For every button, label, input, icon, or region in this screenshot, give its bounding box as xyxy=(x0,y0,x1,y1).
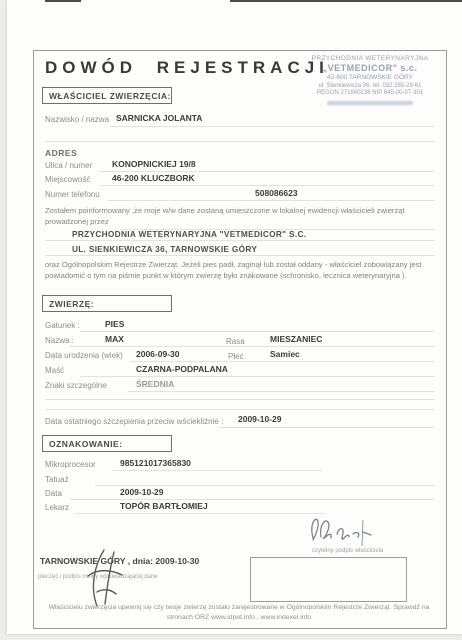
field-underline xyxy=(128,391,435,392)
street-label: Ulica / numer xyxy=(45,161,92,170)
document-title: DOWÓD REJESTRACJI xyxy=(45,58,329,78)
field-underline xyxy=(130,361,435,362)
stamp-clinic-street-phone: ul. Sienkiewicza 36, tel. 032 285-28-61 xyxy=(298,83,442,91)
field-underline xyxy=(108,200,435,201)
marking-date-value: 2009-10-29 xyxy=(120,487,163,497)
scan-artifact-line xyxy=(45,0,81,2)
footer-note-line1: Właścicielu zwierzęcia upewnij się czy t… xyxy=(38,603,440,613)
notice-clinic-address: UL. SIENKIEWICZA 36, TARNOWSKIE GÓRY xyxy=(72,244,257,254)
notice-clinic-name: PRZYCHODNIA WETERYNARYJNA "VETMEDICOR" S… xyxy=(72,229,306,239)
field-underline xyxy=(100,185,435,186)
city-label: Miejscowość xyxy=(45,175,90,184)
field-underline xyxy=(45,399,435,400)
field-underline xyxy=(75,513,325,514)
stamp-clinic-regon-nip: REGON 271800238 NIP 645-00-07-301 xyxy=(298,90,442,98)
owner-section-header: WŁAŚCICIEL ZWIERZĘCIA: xyxy=(42,87,172,104)
city-value: 46-200 KLUCZBORK xyxy=(112,173,195,183)
field-underline xyxy=(95,485,435,486)
field-underline xyxy=(45,409,435,410)
stamp-placeholder-box xyxy=(250,557,407,602)
address-header: ADRES xyxy=(45,148,77,158)
scanned-document-page: { "colors": { "stamp_ink": "#97a0b4", "d… xyxy=(0,0,462,640)
vaccination-label: Data ostatniego szczepienia przeciw wści… xyxy=(45,417,223,426)
animal-name-label: Nazwa : xyxy=(45,336,74,345)
stamp-illegible-fine-print xyxy=(327,101,413,105)
owner-handwritten-signature xyxy=(305,512,385,548)
field-underline xyxy=(45,141,435,142)
field-underline xyxy=(80,376,435,377)
tattoo-label: Tatuaż xyxy=(45,475,69,484)
street-value: KONOPNICKIEJ 19/8 xyxy=(112,159,196,169)
stamp-clinic-city: 42-600 TARNOWSKIE GÓRY xyxy=(298,74,442,82)
animal-section-header: ZWIERZĘ: xyxy=(42,295,172,312)
field-underline xyxy=(100,171,435,172)
notice-outro-text: oraz Ogólnopolskim Rejestrze Zwierząt. J… xyxy=(45,259,440,282)
phone-label: Numer telefonu xyxy=(45,190,100,199)
coat-value: CZARNA-PODPALANA xyxy=(136,364,228,374)
notice-intro-text: Zostałem poinformowany ,że moje w/w dane… xyxy=(45,205,437,228)
marks-value: ŚREDNIA xyxy=(136,379,174,389)
vet-label: Lekarz xyxy=(45,503,69,512)
footer-note: Właścicielu zwierzęcia upewnij się czy t… xyxy=(38,603,440,623)
field-underline xyxy=(80,331,435,332)
field-underline xyxy=(70,346,435,347)
clinic-stamp: PRZYCHODNIA WETERYNARYJNA „VETMEDICOR" s… xyxy=(298,55,442,105)
marks-label: Znaki szczególne xyxy=(45,381,107,390)
owner-name-value: SARNICKA JOLANTA xyxy=(116,113,202,123)
footer-note-line2: stronach ORZ www.idpet.info , www.indexe… xyxy=(38,613,440,623)
sex-value: Samiec xyxy=(270,349,300,359)
breed-label: Rasa xyxy=(226,337,245,346)
microchip-label: Mikroprocesor xyxy=(45,460,96,469)
clerk-handwritten-signature xyxy=(82,548,132,610)
coat-label: Maść xyxy=(45,366,64,375)
scan-artifact-line xyxy=(230,0,462,2)
owner-name-label: Nazwisko / nazwa xyxy=(45,115,109,124)
marking-section-header: OZNAKOWANIE: xyxy=(42,435,172,452)
vet-value: TOPÓR BARTŁOMIEJ xyxy=(120,501,208,511)
field-underline xyxy=(112,470,322,471)
birth-value: 2006-09-30 xyxy=(136,349,179,359)
owner-signature-caption: czytelny podpis właściciela xyxy=(312,548,383,554)
species-label: Gatunek : xyxy=(45,321,80,330)
stamp-clinic-name: „VETMEDICOR" s.c. xyxy=(298,63,442,74)
microchip-value: 985121017365830 xyxy=(120,458,191,468)
birth-label: Data urodzenia (wiek) xyxy=(45,351,123,360)
field-underline xyxy=(220,427,435,428)
marking-date-label: Data xyxy=(45,489,62,498)
sex-label: Płeć xyxy=(228,352,244,361)
field-underline xyxy=(45,240,435,241)
animal-name-value: MAX xyxy=(105,334,124,344)
field-underline xyxy=(45,255,435,256)
field-underline xyxy=(70,499,435,500)
species-value: PIES xyxy=(105,319,124,329)
breed-value: MIESZANIEC xyxy=(270,334,322,344)
stamp-clinic-type: PRZYCHODNIA WETERYNARYJNA xyxy=(298,55,442,63)
field-underline xyxy=(110,126,435,127)
vaccination-value: 2009-10-29 xyxy=(238,414,281,424)
phone-value: 508086623 xyxy=(255,188,298,198)
